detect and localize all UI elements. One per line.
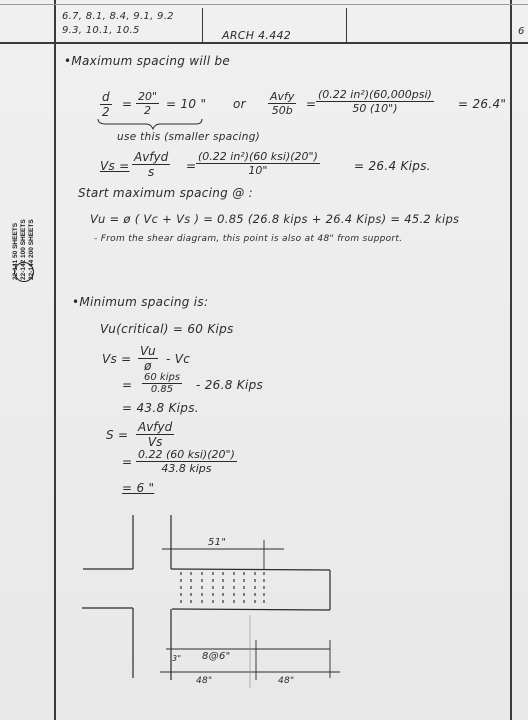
dim-first-stirrup: 3" — [172, 654, 181, 663]
dim-left-48: 48" — [196, 676, 213, 686]
beam-stirrup-diagram — [0, 0, 528, 720]
dim-top-label: 51" — [208, 537, 226, 548]
dim-stirrup-spacing: 8@6" — [202, 651, 231, 662]
notebook-page: 22-141 50 SHEETS 22-142 100 SHEETS 22-14… — [0, 0, 528, 720]
dim-right-48: 48" — [278, 676, 295, 686]
